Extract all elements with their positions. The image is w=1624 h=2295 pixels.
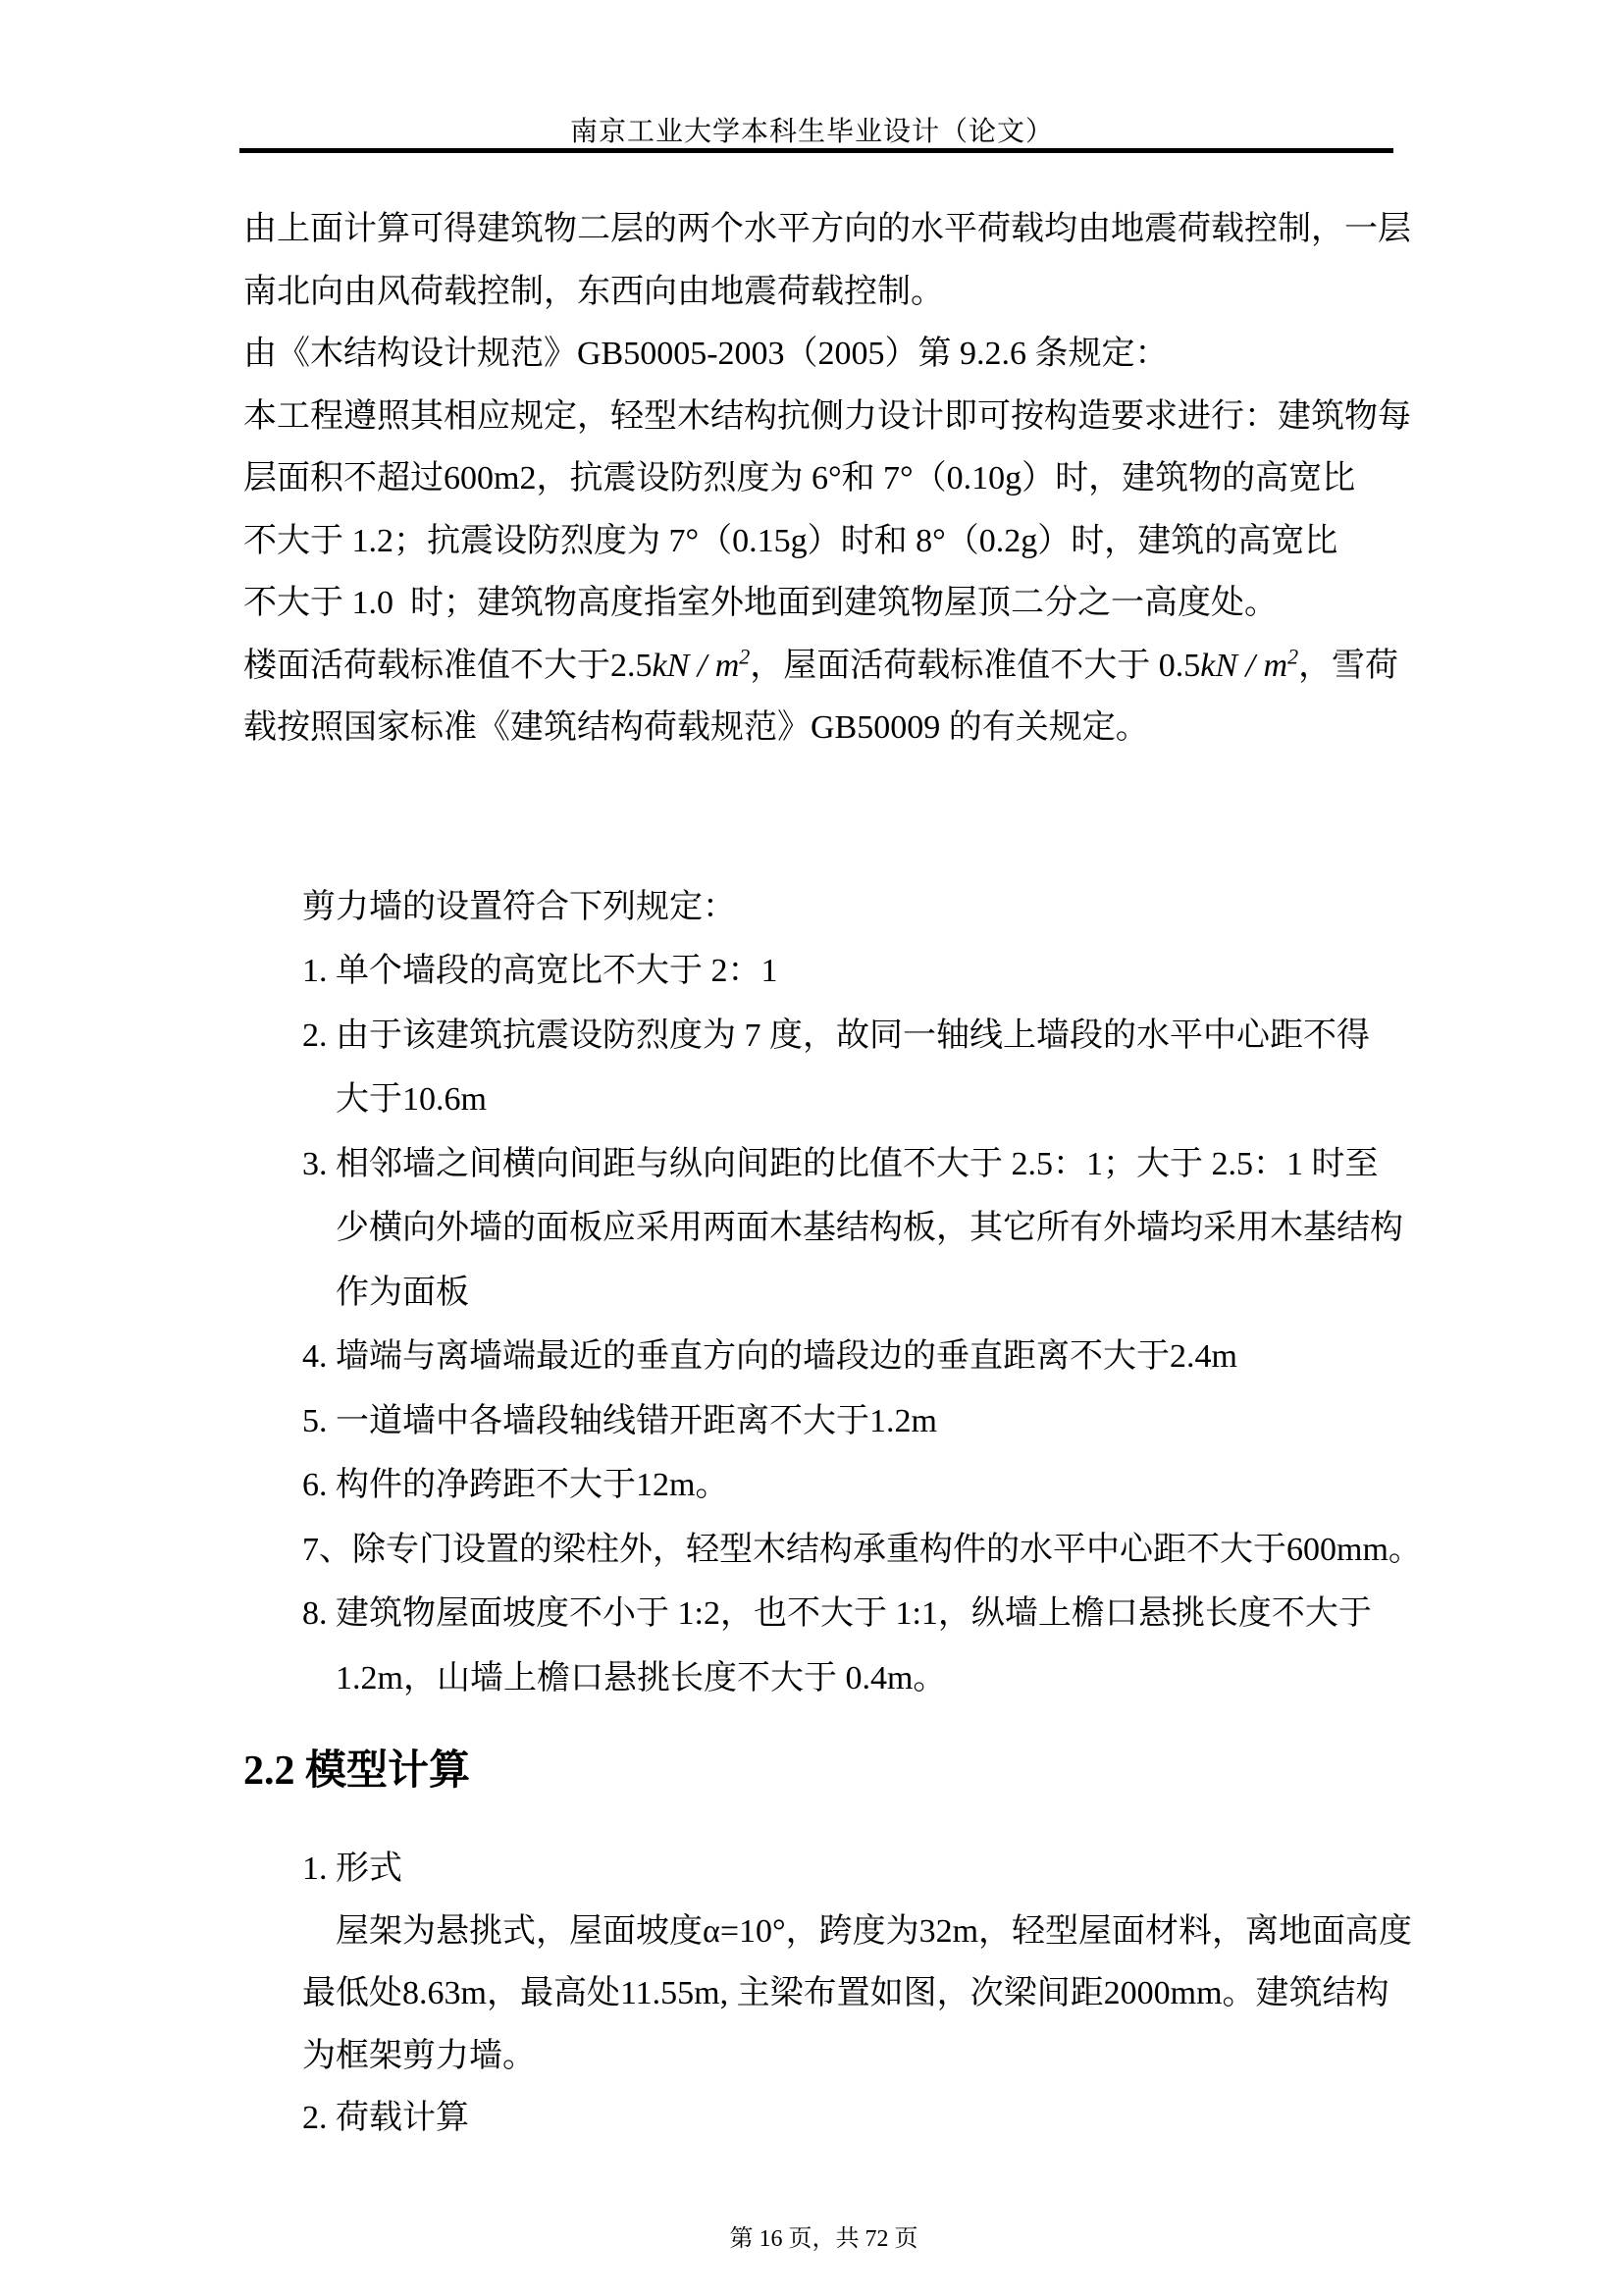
formula-unit: kN / m <box>1200 648 1287 684</box>
formula-superscript: 2 <box>739 644 750 668</box>
list-item: 8. 建筑物屋面坡度不小于 1:2，也不大于 1:1，纵墙上檐口悬挑长度不大于 <box>302 1582 1421 1646</box>
list-item: 4. 墙端与离墙端最近的垂直方向的墙段边的垂直距离不大于2.4m <box>302 1325 1421 1389</box>
list-item: 1. 形式 <box>302 1838 1421 1901</box>
page-number: 第 16 页，共 72 页 <box>730 2226 918 2252</box>
formula-text: 楼面活荷载标准值不大于2.5 <box>243 648 653 684</box>
list-item: 7、除专门设置的梁柱外，轻型木结构承重构件的水平中心距不大于600mm。 <box>302 1518 1421 1583</box>
shear-wall-rules-list: 剪力墙的设置符合下列规定： 1. 单个墙段的高宽比不大于 2：1 2. 由于该建… <box>302 875 1421 1711</box>
paragraph-line: 不大于 1.2；抗震设防烈度为 7°（0.15g）时和 8°（0.2g）时，建筑… <box>243 510 1421 573</box>
list-item-continuation: 少横向外墙的面板应采用两面木基结构板，其它所有外墙均采用木基结构 <box>302 1196 1421 1261</box>
list-item: 1. 单个墙段的高宽比不大于 2：1 <box>302 939 1421 1004</box>
section-heading: 2.2 模型计算 <box>243 1742 1421 1800</box>
document-content: 由上面计算可得建筑物二层的两个水平方向的水平荷载均由地震荷载控制，一层 南北向由… <box>243 198 1421 2150</box>
formula-text: ，屋面活荷载标准值不大于 0.5 <box>750 648 1200 684</box>
paragraph-line: 载按照国家标准《建筑结构荷载规范》GB50009 的有关规定。 <box>243 697 1421 759</box>
paragraph-line: 南北向由风荷载控制，东西向由地震荷载控制。 <box>243 261 1421 324</box>
header-rule <box>239 148 1393 153</box>
list-item-continuation: 1.2m，山墙上檐口悬挑长度不大于 0.4m。 <box>302 1646 1421 1711</box>
paragraph-line: 由上面计算可得建筑物二层的两个水平方向的水平荷载均由地震荷载控制，一层 <box>243 198 1421 261</box>
paragraph-line: 最低处8.63m，最高处11.55m, 主梁布置如图，次梁间距2000mm。建筑… <box>302 1962 1421 2025</box>
page-footer: 第 16 页，共 72 页 <box>0 2198 1624 2280</box>
paragraph-line: 由《木结构设计规范》GB50005-2003（2005）第 9.2.6 条规定： <box>243 323 1421 386</box>
paragraph-line-formula: 楼面活荷载标准值不大于2.5kN / m2，屋面活荷载标准值不大于 0.5kN … <box>243 635 1421 698</box>
paragraph-line: 为框架剪力墙。 <box>302 2025 1421 2088</box>
list-intro-line: 剪力墙的设置符合下列规定： <box>302 875 1421 940</box>
header-title: 南京工业大学本科生毕业设计（论文） <box>0 116 1624 149</box>
list-item: 3. 相邻墙之间横向间距与纵向间距的比值不大于 2.5：1；大于 2.5：1 时… <box>302 1132 1421 1197</box>
formula-text: ，雪荷 <box>1298 648 1398 684</box>
page: 南京工业大学本科生毕业设计（论文） 由上面计算可得建筑物二层的两个水平方向的水平… <box>0 0 1624 2295</box>
paragraph-line: 屋架为悬挑式，屋面坡度α=10°，跨度为32m，轻型屋面材料，离地面高度 <box>302 1901 1421 1963</box>
paragraph-line: 本工程遵照其相应规定，轻型木结构抗侧力设计即可按构造要求进行：建筑物每 <box>243 386 1421 448</box>
list-item: 2. 由于该建筑抗震设防烈度为 7 度，故同一轴线上墙段的水平中心距不得 <box>302 1004 1421 1069</box>
list-item: 6. 构件的净跨距不大于12m。 <box>302 1453 1421 1518</box>
list-item-continuation: 作为面板 <box>302 1261 1421 1326</box>
formula-superscript: 2 <box>1287 644 1298 668</box>
list-item-continuation: 大于10.6m <box>302 1068 1421 1132</box>
paragraph-line: 不大于 1.0 时；建筑物高度指室外地面到建筑物屋顶二分之一高度处。 <box>243 572 1421 635</box>
intro-paragraphs: 由上面计算可得建筑物二层的两个水平方向的水平荷载均由地震荷载控制，一层 南北向由… <box>243 198 1421 759</box>
formula-unit: kN / m <box>653 648 740 684</box>
paragraph-line: 层面积不超过600m2，抗震设防烈度为 6°和 7°（0.10g）时，建筑物的高… <box>243 447 1421 510</box>
list-item: 2. 荷载计算 <box>302 2087 1421 2150</box>
list-item: 5. 一道墙中各墙段轴线错开距离不大于1.2m <box>302 1389 1421 1454</box>
model-calculation-section: 1. 形式 屋架为悬挑式，屋面坡度α=10°，跨度为32m，轻型屋面材料，离地面… <box>302 1838 1421 2150</box>
